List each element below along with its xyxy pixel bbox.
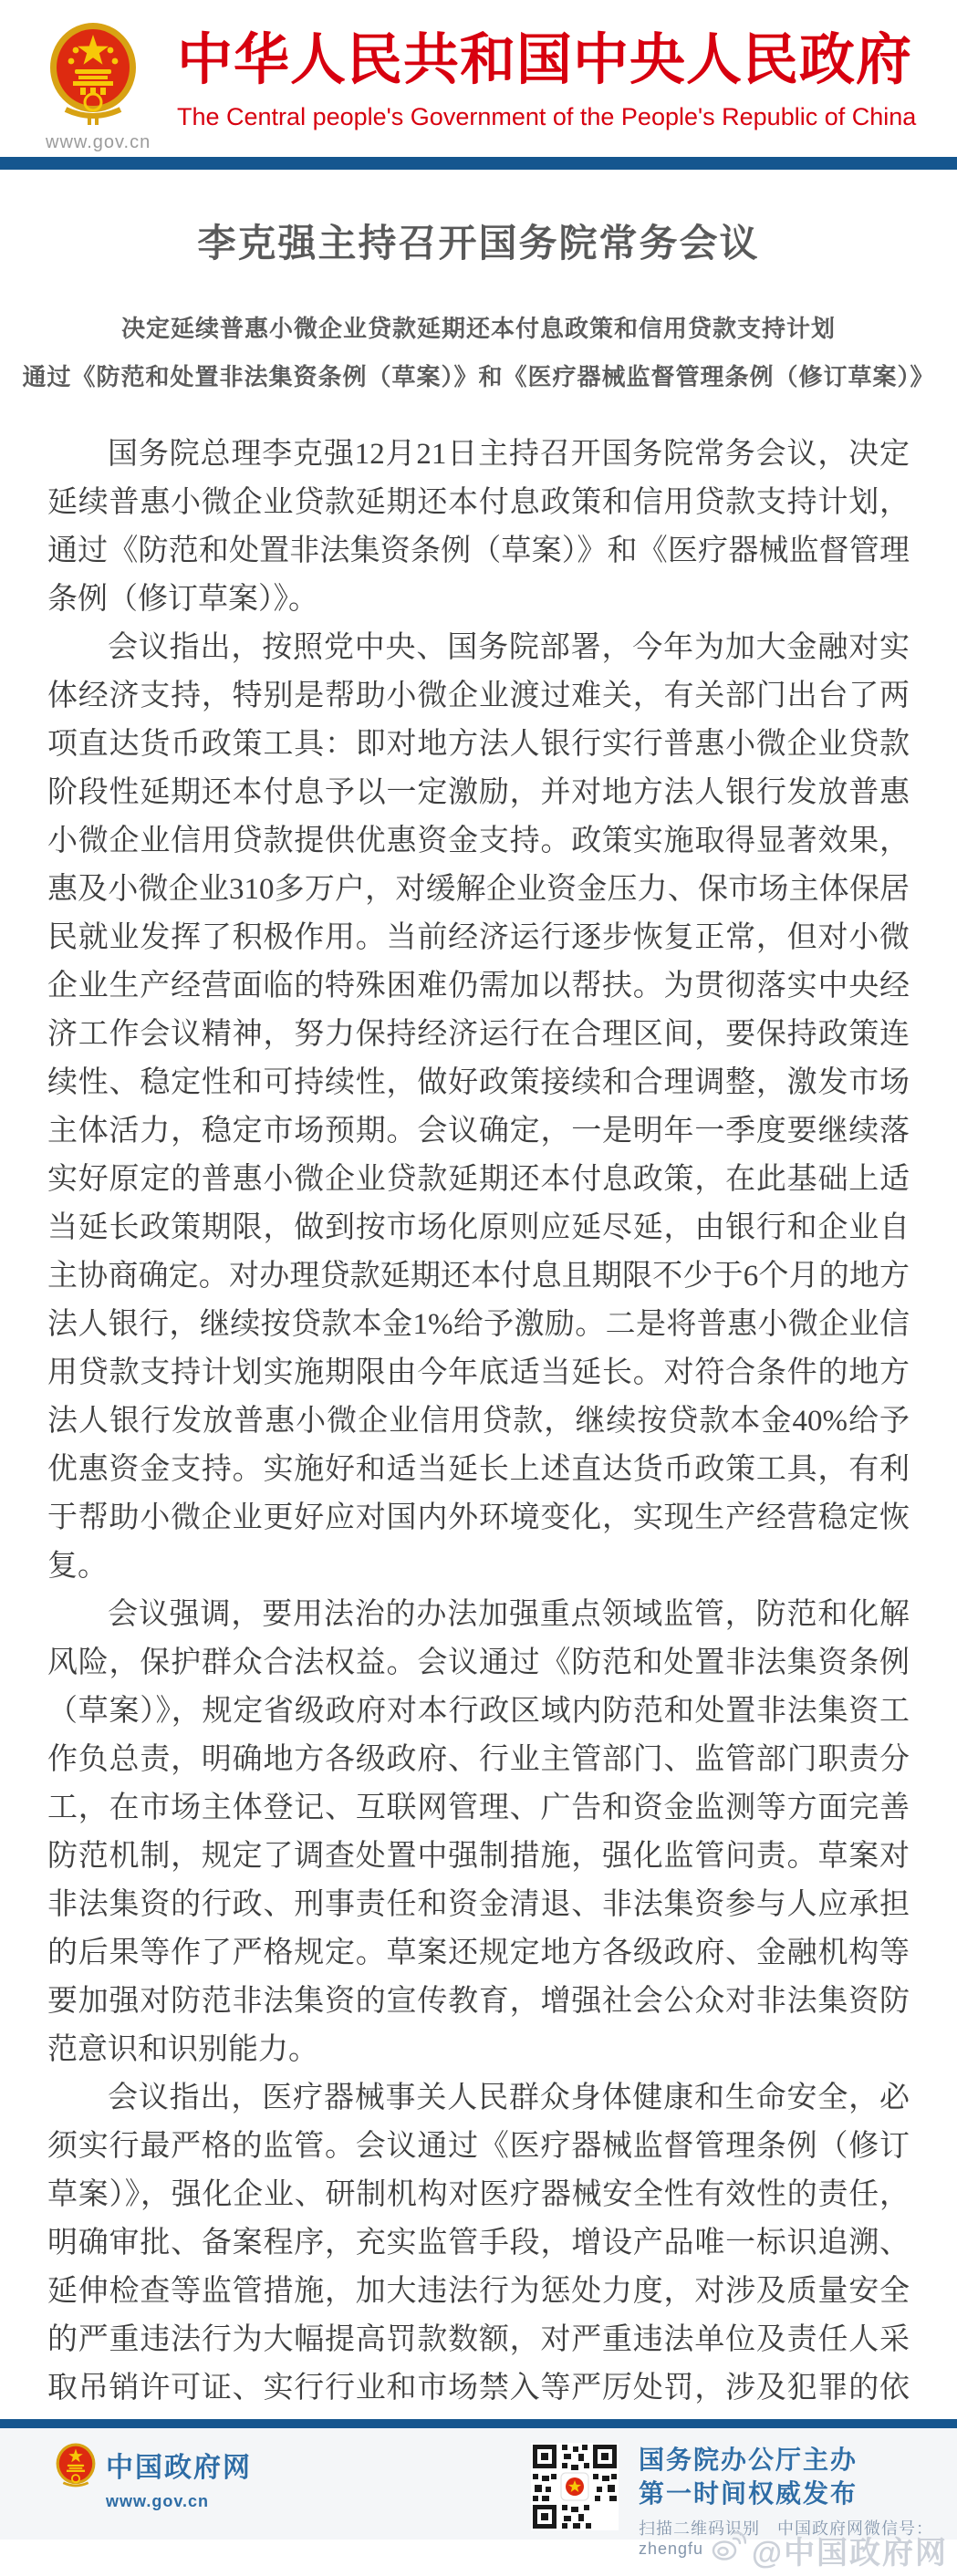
weibo-icon [710,2529,752,2571]
header-emblem-box: www.gov.cn [46,22,140,153]
header-titles: 中华人民共和国中央人民政府 The Central people's Gover… [177,29,916,131]
article-subtitle-2: 通过《防范和处置非法集资条例（草案）》和《医疗器械监督管理条例（修订草案）》 [0,358,957,392]
gov-cn-article-page: www.gov.cn 中华人民共和国中央人民政府 The Central peo… [0,0,957,2576]
article-paragraph: 会议强调，要用法治的办法加强重点领域监管，防范和化解风险，保护群众合法权益。会议… [47,1591,910,2074]
site-footer: 中国政府网 www.gov.cn [0,2428,957,2540]
weibo-watermark: @中国政府网 [710,2528,948,2572]
site-header: www.gov.cn 中华人民共和国中央人民政府 The Central peo… [0,0,957,157]
footer-host-block: 国务院办公厅主办 第一时间权威发布 [639,2443,858,2510]
footer-site-name: 中国政府网 [106,2445,252,2485]
article-paragraph: 会议指出，按照党中央、国务院部署，今年为加大金融对实体经济支持，特别是帮助小微企… [47,624,910,1591]
site-title-en: The Central people's Government of the P… [177,103,916,131]
header-divider-bar [0,157,957,170]
watermark-text: @中国政府网 [752,2528,948,2572]
footer-divider-bar [0,2419,957,2428]
article-head: 李克强主持召开国务院常务会议 决定延续普惠小微企业贷款延期还本付息政策和信用贷款… [0,170,957,407]
footer-host-line-1: 国务院办公厅主办 [639,2443,858,2477]
footer-site-url: www.gov.cn [106,2492,252,2511]
article-title: 李克强主持召开国务院常务会议 [0,213,957,268]
footer-emblem-icon [55,2443,97,2495]
site-title-cn: 中华人民共和国中央人民政府 [177,29,916,90]
footer-host-line-2: 第一时间权威发布 [639,2477,858,2510]
qr-code [531,2443,619,2530]
header-site-url: www.gov.cn [46,132,140,153]
article-paragraph: 会议指出，医疗器械事关人民群众身体健康和生命安全，必须实行最严格的监管。会议通过… [47,2074,910,2419]
article-body: 国务院总理李克强12月21日主持召开国务院常务会议，决定延续普惠小微企业贷款延期… [0,407,957,2419]
article-paragraph: 国务院总理李克强12月21日主持召开国务院常务会议，决定延续普惠小微企业贷款延期… [47,431,910,624]
national-emblem-icon [47,114,139,130]
footer-name-box: 中国政府网 www.gov.cn [106,2445,252,2511]
article-subtitle-1: 决定延续普惠小微企业贷款延期还本付息政策和信用贷款支持计划 [0,310,957,344]
